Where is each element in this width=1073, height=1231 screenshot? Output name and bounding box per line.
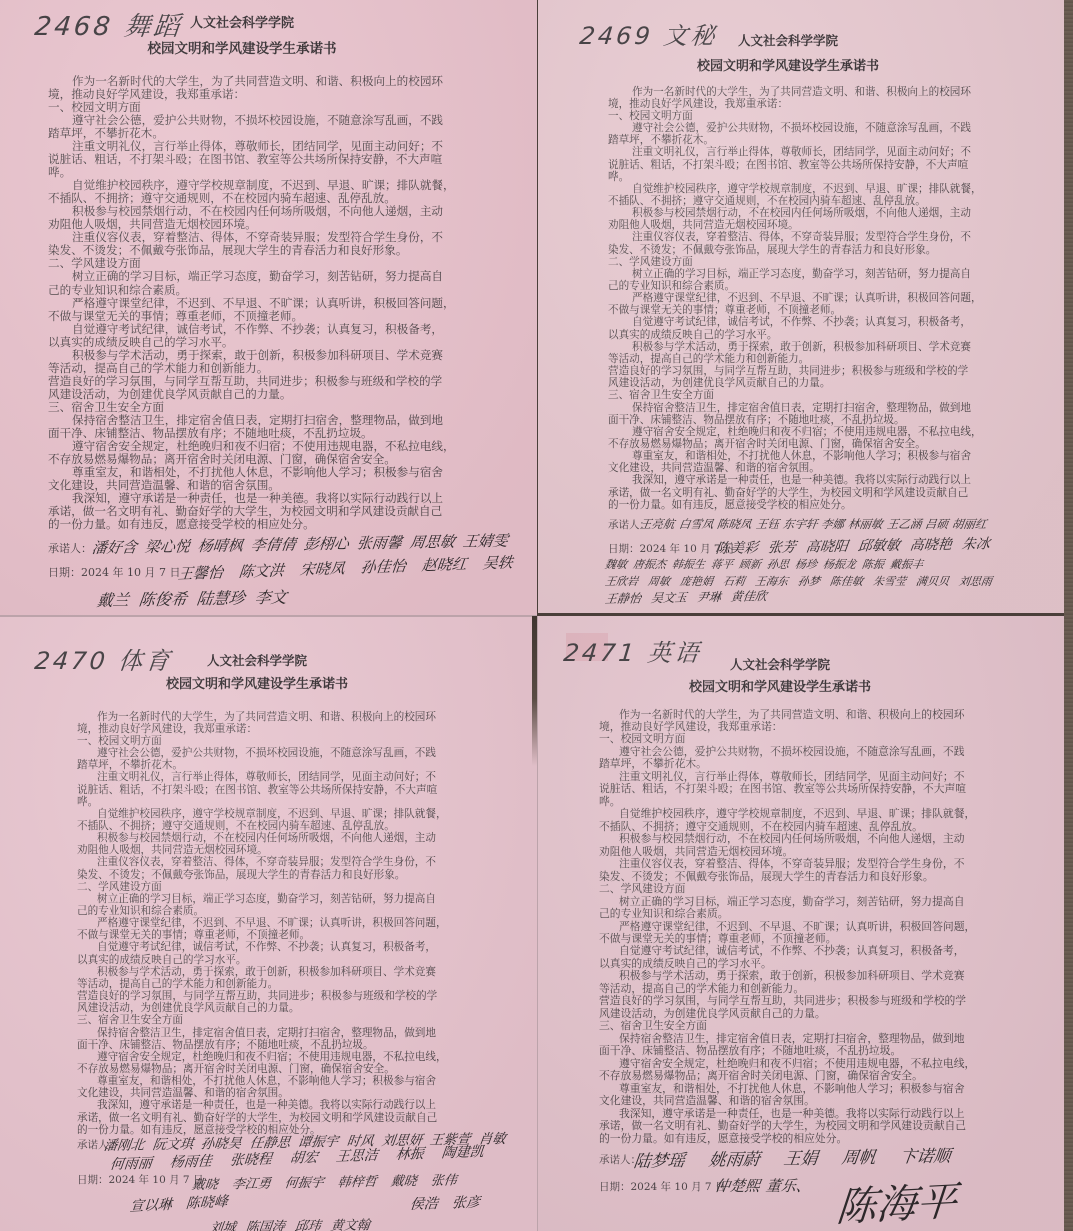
signature-row: 仲楚熙董乐、 xyxy=(715,1175,811,1196)
handwritten-signature: 王欣岩 xyxy=(604,573,639,589)
body-line: 哗。 xyxy=(599,794,621,809)
handwritten-signature: 魏敏 xyxy=(604,556,628,572)
handwritten-signature: 胡丽红 xyxy=(951,516,988,532)
handwritten-signature: 周敏 xyxy=(647,573,671,589)
handwritten-signature: 吴轶 xyxy=(482,552,514,574)
commitment-document: 2471 英语人文社会科学学院校园文明和学风建设学生承诺书作为一名新时代的大学生… xyxy=(538,616,1064,1231)
document-title: 校园文明和学风建设学生承诺书 xyxy=(166,673,348,692)
photo-seam-horizontal-right xyxy=(537,613,1064,616)
handwritten-signature: 刘城 xyxy=(209,1216,237,1231)
handwritten-signature: 潘刚北 xyxy=(103,1133,146,1154)
body-line: 哗。 xyxy=(608,169,629,184)
body-line: 说脏话、粗话，不打架斗殴；在图书馆、教室等公共场所保持安静，不大声喧 xyxy=(77,782,437,797)
handwritten-signature: 陈振 xyxy=(861,556,885,572)
handwritten-signature: 张伟 xyxy=(430,1169,458,1188)
body-line: 说脏话、粗话，不打架斗殴；在图书馆、教室等公共场所保持安静，不大声喧 xyxy=(608,157,968,172)
document-title: 校园文明和学风建设学生承诺书 xyxy=(689,676,871,695)
handwritten-signature: 王钰 xyxy=(754,516,779,532)
commitment-document: 2470 体育人文社会科学学院校园文明和学风建设学生承诺书作为一名新时代的大学生… xyxy=(0,617,537,1231)
handwritten-signature: 张晓程 xyxy=(229,1148,273,1170)
handwritten-signature: 吕硕 xyxy=(924,516,949,532)
handwritten-signature: 王婧雯 xyxy=(462,530,510,552)
wood-edge-right xyxy=(1064,0,1073,1231)
handwritten-signature: 朱冰 xyxy=(961,533,991,554)
handwritten-signature: 唐振杰 xyxy=(632,556,667,572)
document-title: 校园文明和学风建设学生承诺书 xyxy=(148,37,337,57)
handwritten-signature: 陈晓峰 xyxy=(185,1191,229,1213)
handwritten-signature: 黄文翰 xyxy=(330,1214,371,1231)
handwritten-signature: 梁心悦 xyxy=(144,536,192,558)
handwritten-signature: 戴兰 xyxy=(96,587,131,611)
signer-label: 承诺人： xyxy=(48,540,92,556)
handwritten-signature: 满贝贝 xyxy=(915,573,950,589)
signature-row: 魏敏唐振杰韩振生蒋平顾新孙思杨珍杨振龙陈振戴振丰 xyxy=(605,556,923,572)
institution-heading: 人文社会科学学院 xyxy=(738,31,838,49)
handwritten-signature: 卞诺顺 xyxy=(898,1141,952,1167)
handwritten-signature: 戴晓 xyxy=(191,1173,219,1192)
handwritten-signature: 高晓艳 xyxy=(909,534,953,555)
handwritten-signature: 韩振生 xyxy=(671,556,706,572)
photo-seam-vertical-lower xyxy=(537,616,538,1231)
handwritten-signature: 石莉 xyxy=(722,573,746,589)
document-title: 校园文明和学风建设学生承诺书 xyxy=(697,55,879,74)
handwritten-signature: 陈佳敏 xyxy=(829,573,864,589)
shadow-edge xyxy=(532,616,537,766)
handwritten-signature: 何振宇 xyxy=(284,1171,325,1191)
signature-row: 陈海平 xyxy=(836,1170,959,1231)
handwritten-signature: 董乐、 xyxy=(765,1175,813,1196)
date-row: 日期：2024 年 10 月 7 日 xyxy=(48,564,180,580)
signature-row: 侯浩张彦 xyxy=(410,1191,481,1213)
date-value: 2024 年 10 月 7 日 xyxy=(109,1174,204,1186)
handwritten-signature: 宣以琳 xyxy=(129,1194,173,1216)
handwritten-signature: 宋晓凤 xyxy=(299,557,346,580)
handwritten-class-label: 2471 英语 xyxy=(562,633,703,668)
handwritten-signature: 李江勇 xyxy=(231,1172,272,1192)
signature-row: 戴晓李江勇何振宇韩梓哲戴晓张伟 xyxy=(192,1169,457,1193)
handwritten-class-label: 2470 体育 xyxy=(33,641,174,676)
date-value: 2024 年 10 月 7 日 xyxy=(631,1181,726,1193)
date-row: 日期：2024 年 10 月 7 日 xyxy=(599,1179,725,1194)
body-line: 哗。 xyxy=(77,794,98,809)
handwritten-signature: 林振 xyxy=(395,1143,425,1164)
handwritten-signature: 张芳 xyxy=(767,536,797,557)
date-label: 日期： xyxy=(77,1174,109,1186)
handwritten-signature: 刘思雨 xyxy=(958,573,993,589)
handwritten-signature: 李娜 xyxy=(820,516,845,532)
date-label: 日期： xyxy=(48,566,81,579)
handwritten-signature: 陈俊希 xyxy=(138,586,189,610)
handwritten-signature: 邱敏敏 xyxy=(857,535,901,556)
handwritten-signature: 孙梦 xyxy=(797,573,821,589)
signature-row: 刘城陈国涛邱玮黄文翰 xyxy=(210,1214,370,1231)
handwritten-signature: 尹琳 xyxy=(696,588,722,605)
handwritten-signature: 王馨怡 xyxy=(177,562,224,585)
handwritten-signature: 张彦 xyxy=(451,1191,481,1212)
handwritten-signature: 潘好含 xyxy=(91,536,139,558)
commitment-document: 2468 舞蹈人文社会科学学院校园文明和学风建设学生承诺书作为一名新时代的大学生… xyxy=(0,0,537,615)
signature-row: 陈美彩张芳高晓阳邱敏敏高晓艳朱冰 xyxy=(716,533,990,558)
handwritten-signature: 黄佳欣 xyxy=(730,587,768,605)
handwritten-signature: 陶建凯 xyxy=(441,1141,485,1163)
handwritten-signature: 赵晓红 xyxy=(421,553,468,576)
handwritten-signature: 王乙涵 xyxy=(885,516,922,532)
handwritten-signature: 孙佳怡 xyxy=(360,555,407,578)
institution-heading: 人文社会科学学院 xyxy=(730,655,830,673)
handwritten-signature: 白雪凤 xyxy=(677,516,714,532)
signature-row: 戴兰陈俊希陆慧珍李文 xyxy=(97,584,287,610)
handwritten-signature: 杨振龙 xyxy=(822,556,857,572)
handwritten-signature: 胡宏 xyxy=(289,1147,319,1168)
photo-collage: 2468 舞蹈人文社会科学学院校园文明和学风建设学生承诺书作为一名新时代的大学生… xyxy=(0,0,1073,1231)
handwritten-signature: 陈美彩 xyxy=(715,537,759,558)
handwritten-signature: 韩梓哲 xyxy=(337,1170,378,1190)
handwritten-signature: 王思洁 xyxy=(335,1144,379,1166)
handwritten-signature: 陈国涛 xyxy=(245,1215,286,1231)
institution-heading: 人文社会科学学院 xyxy=(207,651,307,669)
handwritten-signature: 侯浩 xyxy=(409,1193,439,1214)
handwritten-signature: 杨雨佳 xyxy=(169,1150,213,1172)
handwritten-signature: 戴晓 xyxy=(390,1170,418,1189)
body-line: 的一份力量。如有违反，愿意接受学校的相应处分。 xyxy=(608,497,852,512)
date-row: 日期：2024 年 10 月 7 日 xyxy=(77,1172,203,1187)
date-label: 日期： xyxy=(599,1181,631,1193)
signature-row: 王亮航白雪凤陈晓凤王钰东宇轩李娜林丽敏王乙涵吕硕胡丽红 xyxy=(640,516,987,532)
signature-row: 宣以琳陈晓峰 xyxy=(129,1191,228,1216)
handwritten-signature: 林丽敏 xyxy=(847,516,884,532)
handwritten-signature: 周思敏 xyxy=(409,531,457,553)
handwritten-signature: 杨晴枫 xyxy=(197,535,245,557)
handwritten-signature: 陈文洪 xyxy=(238,560,285,583)
photo-seam-vertical xyxy=(537,0,538,615)
handwritten-signature: 陆慧珍 xyxy=(196,585,247,609)
handwritten-signature: 蒋平 xyxy=(710,556,734,572)
photo-seam-horizontal-left xyxy=(0,615,537,617)
handwritten-signature: 孙思 xyxy=(766,556,790,572)
body-line: 哗。 xyxy=(48,164,71,180)
handwritten-signature: 李倩倩 xyxy=(250,534,298,556)
date-value: 2024 年 10 月 7 日 xyxy=(81,566,180,579)
handwritten-signature: 陈海平 xyxy=(834,1170,959,1231)
handwritten-signature: 张雨馨 xyxy=(356,532,404,554)
handwritten-signature: 何雨丽 xyxy=(109,1152,153,1174)
handwritten-signature: 高晓阳 xyxy=(805,536,849,557)
handwritten-signature: 戴振丰 xyxy=(889,556,924,572)
handwritten-signature: 邱玮 xyxy=(294,1215,322,1231)
signature-row: 王馨怡陈文洪宋晓凤孙佳怡赵晓红吴轶 xyxy=(178,552,514,585)
date-label: 日期： xyxy=(608,543,640,555)
handwritten-signature: 顾新 xyxy=(738,556,762,572)
signature-row: 王欣岩周敏庞艳娟石莉王海东孙梦陈佳敏朱雪莹满贝贝刘思雨 xyxy=(605,573,992,589)
body-line: 的一份力量。如有违反，愿意接受学校的相应处分。 xyxy=(48,516,315,532)
handwritten-signature: 王娟 xyxy=(782,1144,819,1170)
handwritten-signature: 王亮航 xyxy=(639,516,676,532)
handwritten-signature: 陈晓凤 xyxy=(716,516,753,532)
signature-row: 王静怡吴文玉尹琳黄佳欣 xyxy=(605,587,767,607)
institution-heading: 人文社会科学学院 xyxy=(190,12,294,31)
handwritten-signature: 王静怡 xyxy=(604,590,642,608)
signature-row: 陆梦瑶姚雨蔚王娟周帆卞诺顺 xyxy=(634,1141,951,1172)
body-line: 说脏话、粗话，不打架斗殴；在图书馆、教室等公共场所保持安静，不大声喧 xyxy=(48,151,442,167)
handwritten-signature: 庞艳娟 xyxy=(679,573,714,589)
handwritten-signature: 东宇轩 xyxy=(781,516,818,532)
handwritten-signature: 吴文玉 xyxy=(650,589,688,607)
handwritten-signature: 杨珍 xyxy=(794,556,818,572)
handwritten-signature: 仲楚熙 xyxy=(714,1175,762,1196)
handwritten-signature: 姚雨蔚 xyxy=(707,1145,761,1171)
commitment-document: 2469 文秘人文社会科学学院校园文明和学风建设学生承诺书作为一名新时代的大学生… xyxy=(538,0,1064,613)
handwritten-signature: 朱雪莹 xyxy=(872,573,907,589)
handwritten-signature: 彭栩心 xyxy=(303,533,351,555)
body-line: 说脏话、粗话，不打架斗殴；在图书馆、教室等公共场所保持安静，不大声喧 xyxy=(599,781,966,796)
handwritten-signature: 周帆 xyxy=(840,1143,877,1169)
handwritten-signature: 李文 xyxy=(254,584,289,608)
handwritten-class-label: 2469 文秘 xyxy=(578,16,719,51)
handwritten-signature: 陆梦瑶 xyxy=(632,1146,686,1172)
